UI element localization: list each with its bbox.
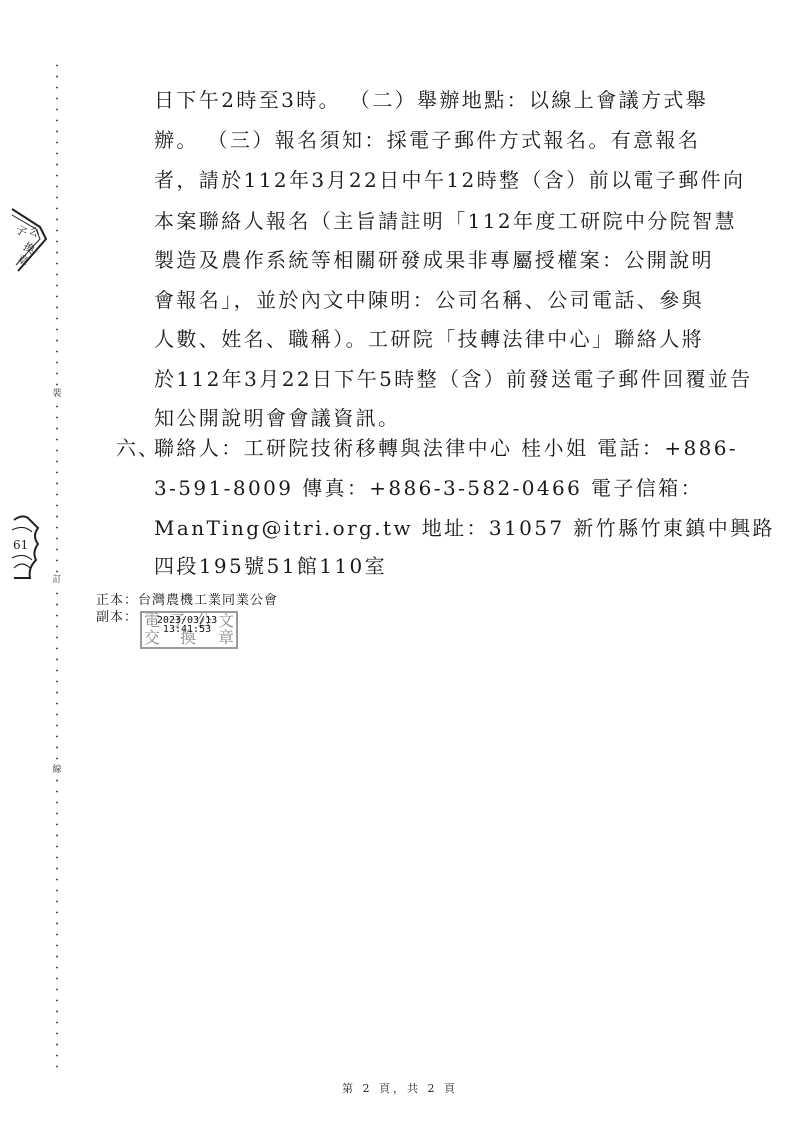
- official-seal-stamp-icon: 子 公 換 章: [10, 205, 48, 273]
- contact-line: 四段195號51館110室: [154, 552, 387, 580]
- body-line: 日下午2時至3時。 （二）舉辦地點：以線上會議方式舉: [154, 86, 708, 114]
- page-indicator: 第 2 頁，共 2 頁: [0, 1080, 800, 1096]
- binding-label-staple: 訂: [51, 575, 63, 585]
- page-seam-seal-icon: 61: [8, 512, 44, 582]
- body-line: 辦。 （三）報名須知：採電子郵件方式報名。有意報名: [154, 126, 700, 154]
- body-line: 知公開說明會會議資訊。: [154, 404, 400, 432]
- contact-line: 3-591-8009 傳真：+886-3-582-0466 電子信箱：: [154, 474, 703, 502]
- body-line: 者，請於112年3月22日中午12時整（含）前以電子郵件向: [154, 166, 745, 194]
- contact-line: 聯絡人：工研院技術移轉與法律中心 桂小姐 電話：+886-: [154, 434, 738, 462]
- body-line: 人數、姓名、職稱）。工研院「技轉法律中心」聯絡人將: [154, 325, 704, 353]
- body-line: 會報名」，並於內文中陳明：公司名稱、公司電話、參與: [154, 286, 704, 314]
- stamp-time: 13:41:53: [152, 625, 222, 635]
- body-line: 製造及農作系統等相關研發成果非專屬授權案：公開說明: [154, 246, 714, 274]
- body-line: 本案聯絡人報名（主旨請註明「112年度工研院中分院智慧: [154, 207, 737, 235]
- copy-recipient-row: 副本： 電 子 公 文 交 換 章 2023/03/13 13:41:53: [96, 609, 278, 649]
- distribution-list: 正本： 台灣農機工業同業公會 副本： 電 子 公 文 交 換 章 2023/03…: [96, 592, 278, 649]
- original-recipient-row: 正本： 台灣農機工業同業公會: [96, 592, 278, 609]
- original-label: 正本：: [96, 592, 138, 609]
- body-line: 於112年3月22日下午5時整（含）前發送電子郵件回覆並告: [154, 365, 753, 393]
- contact-line: ManTing@itri.org.tw 地址：31057 新竹縣竹東鎮中興路: [154, 514, 775, 542]
- binding-label-bind: 裝: [51, 389, 63, 399]
- copy-label: 副本：: [96, 609, 138, 626]
- binding-label-line: 線: [51, 765, 63, 775]
- binding-dotted-line: [56, 60, 58, 1075]
- svg-text:61: 61: [13, 538, 28, 552]
- original-recipient: 台灣農機工業同業公會: [138, 592, 278, 609]
- svg-text:子: 子: [13, 223, 29, 240]
- electronic-exchange-stamp: 電 子 公 文 交 換 章 2023/03/13 13:41:53: [140, 611, 238, 649]
